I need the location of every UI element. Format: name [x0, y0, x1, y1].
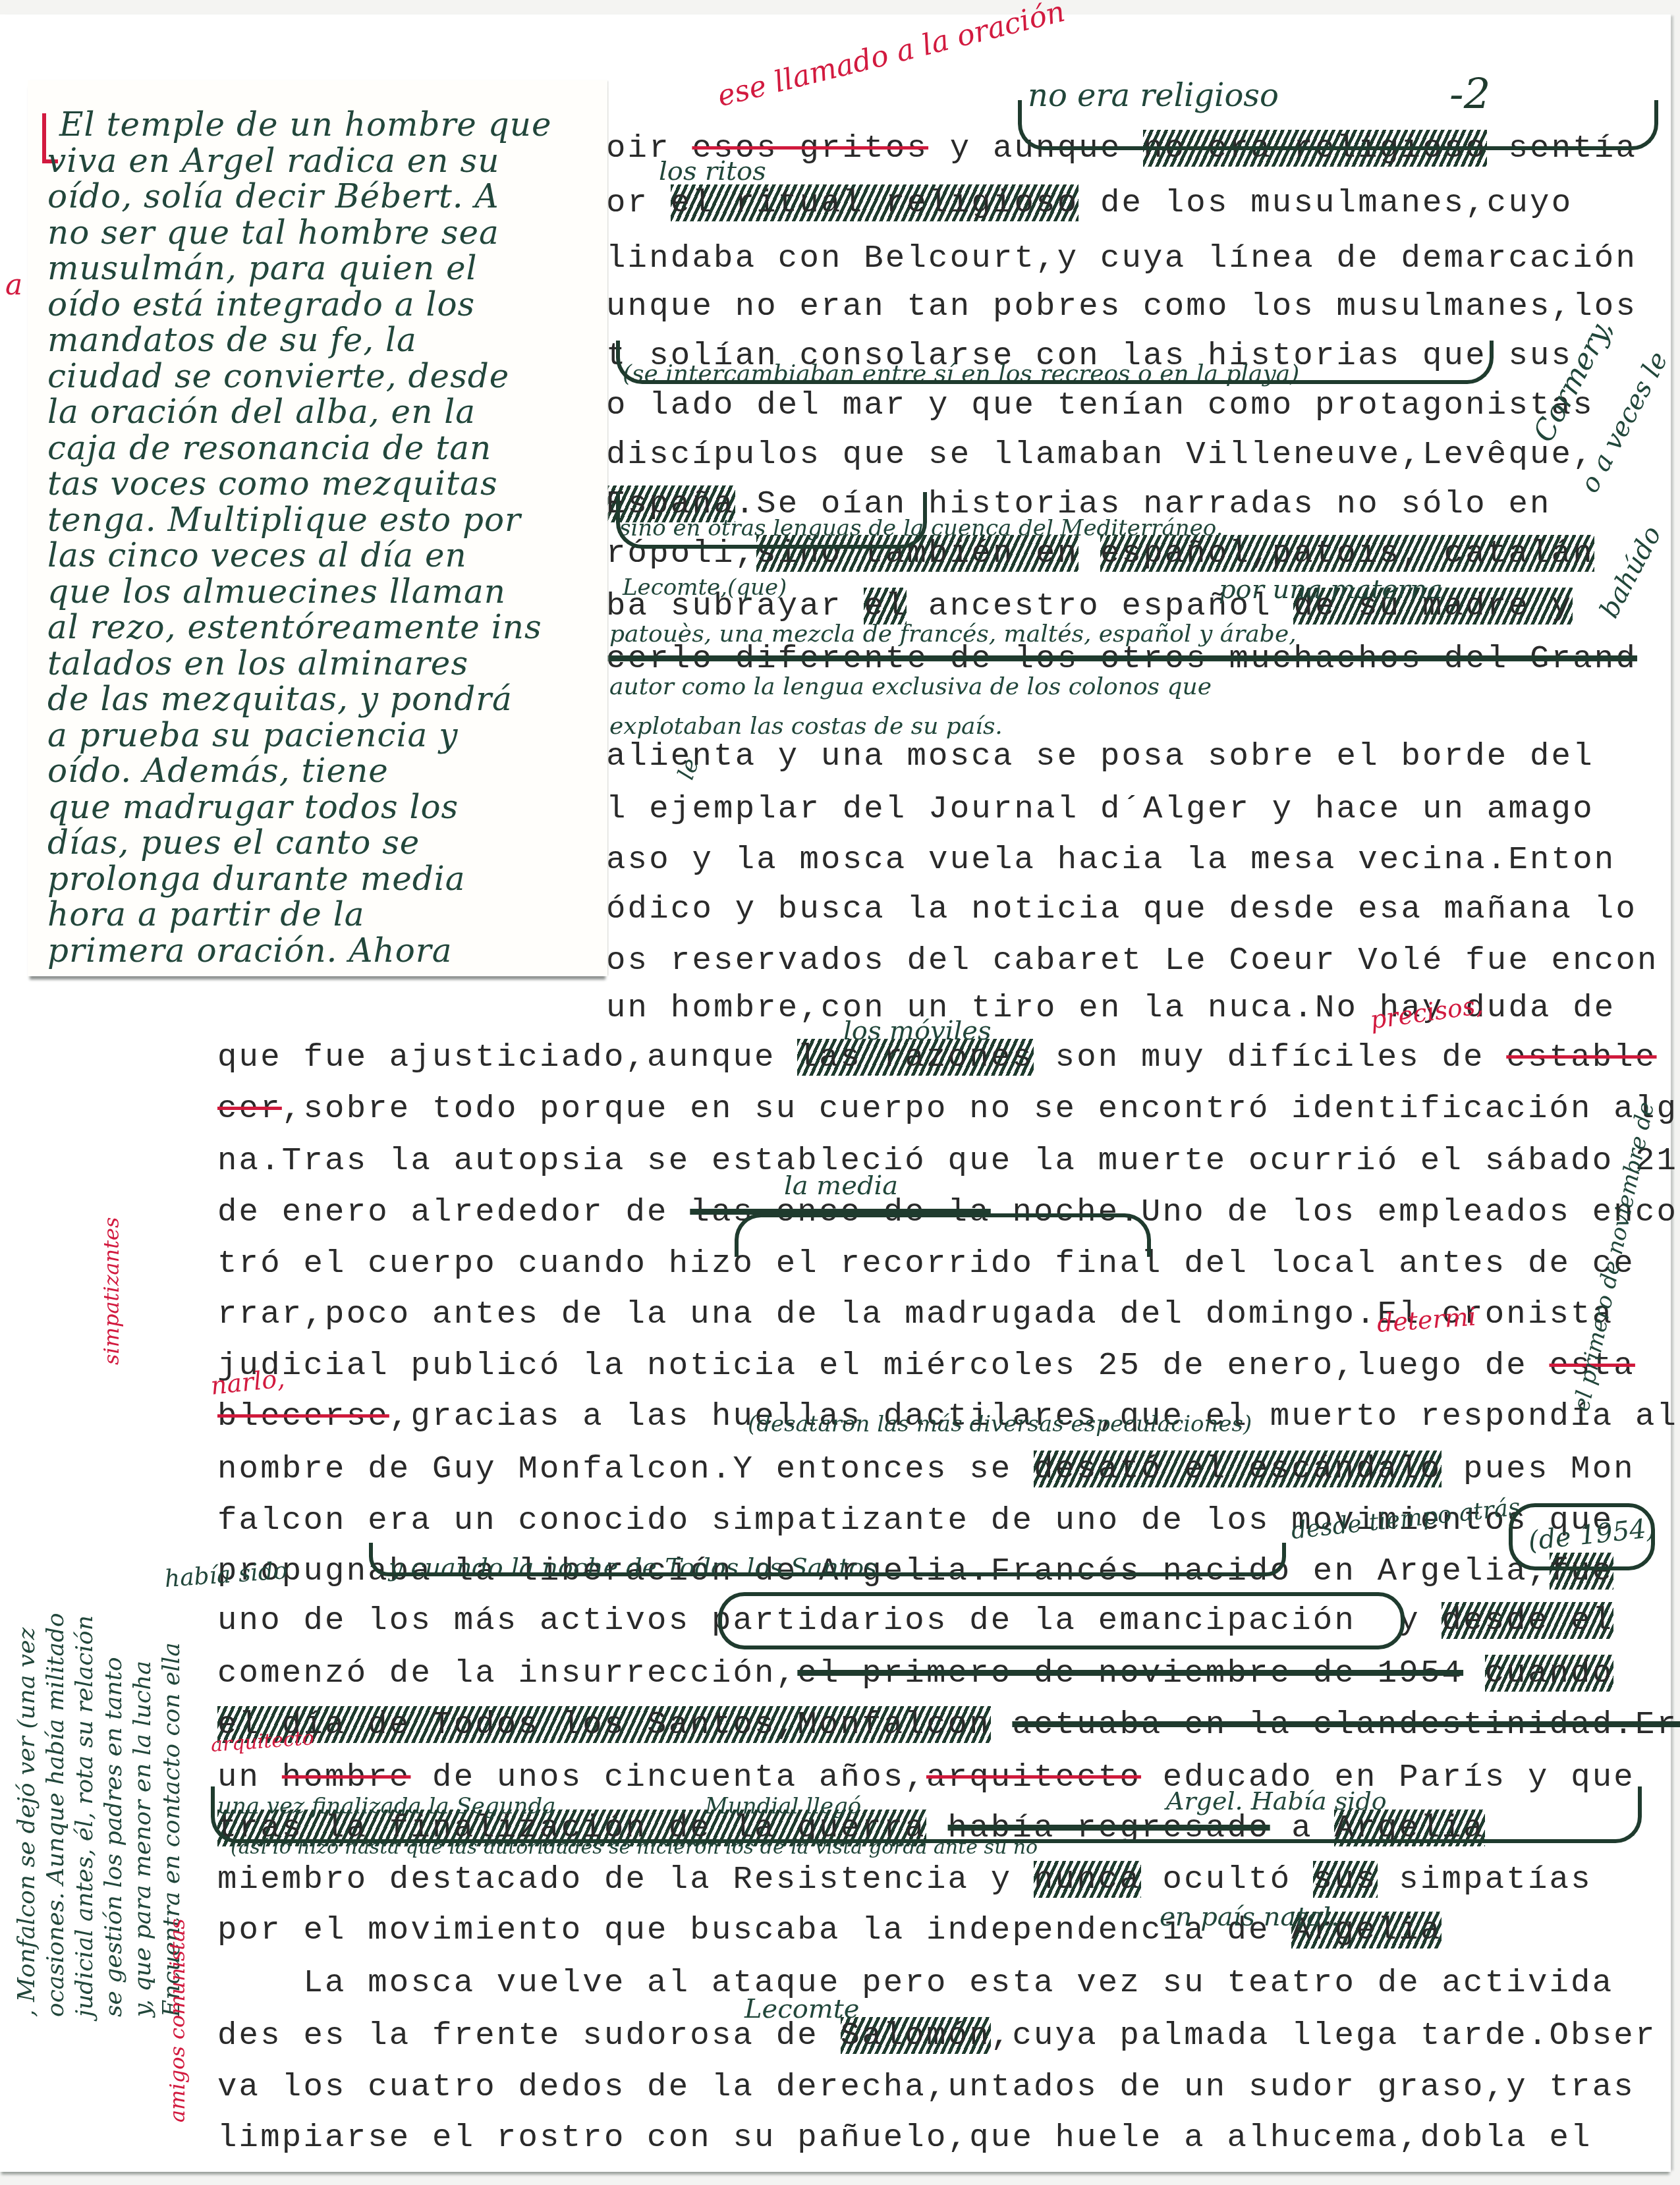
note-line: las cinco veces al día en [47, 536, 467, 574]
note-line: no ser que tal hombre sea [47, 213, 499, 252]
deleted-text: desató el escándalo [1034, 1451, 1442, 1487]
deleted-text: actuaba en la clandestinidad.Era [1012, 1706, 1680, 1743]
handwritten-insertion: autor como la lengua exclusiva de los co… [609, 673, 1212, 700]
typed-text: os reservados del cabaret Le Coeur Volé … [606, 942, 1659, 979]
note-line: al rezo, estentóreamente ins [47, 608, 542, 646]
typed-line: l ejemplar del Journal d´Alger y hace un… [606, 790, 1594, 827]
pasted-handwritten-note: El temple de un hombre queviva en Argel … [28, 80, 607, 976]
typed-text: ocultó [1141, 1861, 1313, 1898]
handwritten-insertion: los móviles [843, 1016, 992, 1046]
insertion-loop [211, 1786, 1642, 1843]
margin-note-line: ocasiones. Aunque había militado [42, 1613, 69, 2017]
typed-line: os reservados del cabaret Le Coeur Volé … [606, 942, 1659, 979]
margin-note-line: y, que para menor en la lucha [129, 1661, 156, 2017]
note-line: viva en Argel radica en su [47, 142, 499, 180]
typed-text: son muy difíciles de [1034, 1039, 1506, 1076]
note-line: de las mezquitas, y pondrá [47, 680, 513, 718]
typed-line: na.Tras la autopsia se estableció que la… [217, 1142, 1678, 1179]
handwritten-insertion: la media [784, 1171, 898, 1201]
typed-text: l ejemplar del Journal d´Alger y hace un… [606, 790, 1594, 827]
margin-note-line: se gestión los padres en tanto [100, 1657, 127, 2017]
typed-line: or el ritual religioso de los musulmanes… [606, 184, 1573, 221]
typed-text: nombre de Guy Monfalcon.Y entonces se [217, 1451, 1034, 1487]
typed-text: por el movimiento que buscaba la indepen… [217, 1912, 1291, 1949]
typed-text: de los musulmanes,cuyo [1078, 184, 1573, 221]
deleted-text: estable [1506, 1039, 1656, 1076]
note-line: que madrugar todos los [47, 788, 459, 826]
insertion-loop [616, 492, 927, 549]
typed-text: discípulos que se llamaban Villeneuve,Le… [606, 436, 1594, 473]
margin-note-line: , Monfalcon se dejó ver (una vez [13, 1628, 40, 2017]
note-line: a prueba su paciencia y [47, 716, 458, 754]
typed-text: La mosca vuelve al ataque pero esta vez … [217, 1964, 1613, 2001]
insertion-loop [1509, 1503, 1655, 1570]
typed-line: el día de Todos los Santos,Monfalcon act… [217, 1706, 1680, 1743]
typed-line: aso y la mosca vuela hacia la mesa vecin… [606, 841, 1615, 878]
typed-text: ódico y busca la noticia que desde esa m… [606, 891, 1637, 927]
deleted-text: nunca [1034, 1861, 1141, 1898]
typed-text: o lado del mar y que tenían como protago… [606, 387, 1594, 424]
typed-line: nombre de Guy Monfalcon.Y entonces se de… [217, 1451, 1635, 1487]
handwritten-insertion: Lecomte [744, 1994, 859, 2024]
typed-line: ódico y busca la noticia que desde esa m… [606, 891, 1637, 927]
typed-text [1463, 1655, 1485, 1692]
deleted-text: cuando [1485, 1655, 1614, 1692]
deleted-text: Salomón [841, 2017, 991, 2054]
handwritten-insertion: Lecomte,(que) [623, 574, 787, 601]
typed-text: na.Tras la autopsia se estableció que la… [217, 1142, 1678, 1179]
typed-text: ,cuya palmada llega tarde.Obser [991, 2017, 1657, 2054]
typed-text: miembro destacado de la Resistencia y [217, 1861, 1034, 1898]
note-line: prolonga durante media [47, 860, 466, 898]
typed-text: alienta y una mosca se posa sobre el bor… [606, 738, 1594, 775]
margin-note-red: simpatizantes [99, 1217, 124, 1365]
typed-line: La mosca vuelve al ataque pero esta vez … [217, 1964, 1613, 2001]
typed-text: va los cuatro dedos de la derecha,untado… [217, 2068, 1635, 2105]
typed-line: des es la frente sudorosa de Salomón,cuy… [217, 2017, 1657, 2054]
note-line: talados en los alminares [47, 644, 468, 682]
typed-line: o lado del mar y que tenían como protago… [606, 387, 1594, 424]
typed-line: discípulos que se llamaban Villeneuve,Le… [606, 436, 1594, 473]
deleted-text: sus [1313, 1861, 1378, 1898]
insertion-loop [369, 1543, 1286, 1576]
note-line: oído. Además, tiene [47, 752, 389, 790]
typed-line: va los cuatro dedos de la derecha,untado… [217, 2068, 1635, 2105]
typed-text: simpatías [1378, 1861, 1592, 1898]
deleted-text: el ritual religioso [671, 184, 1079, 221]
typed-text: lindaba con Belcourt,y cuya línea de dem… [606, 240, 1637, 277]
note-line: mandatos de su fe, la [47, 321, 417, 359]
typed-text [991, 1706, 1013, 1743]
typed-text: judicial publicó la noticia el miércoles… [217, 1347, 1550, 1384]
typed-line: miembro destacado de la Resistencia y nu… [217, 1861, 1592, 1898]
typed-text: que fue ajusticiado,aunque [217, 1039, 797, 1076]
handwritten-insertion: (desataron las más diversas especulacion… [748, 1411, 1252, 1437]
deleted-text: el primero de noviembre de 1954 [797, 1655, 1463, 1692]
insertion-loop [718, 1592, 1405, 1649]
typed-text: pues Mon [1442, 1451, 1635, 1487]
manuscript-page: -2 oir esos gritos y aunque no era relig… [0, 14, 1671, 2172]
note-line: tas voces como mezquitas [47, 464, 498, 503]
note-line: tenga. Multiplique esto por [47, 501, 521, 539]
typed-text: or [606, 184, 671, 221]
deleted-text: desde el [1442, 1602, 1613, 1639]
note-line: El temple de un hombre que [59, 105, 552, 144]
note-line: musulmán, para quien el [47, 249, 478, 287]
typed-line: limpiarse el rostro con su pañuelo,que h… [217, 2119, 1592, 2156]
typed-text: unque no eran tan pobres como los musulm… [606, 288, 1637, 325]
typed-line: lindaba con Belcourt,y cuya línea de dem… [606, 240, 1637, 277]
note-line: primera oración. Ahora [47, 931, 453, 970]
handwritten-insertion: los ritos [659, 156, 766, 186]
typed-text: de enero alrededor de [217, 1194, 690, 1231]
note-line: la oración del alba, en la [47, 393, 476, 431]
note-line: oído está integrado a los [47, 285, 475, 323]
typed-line: comenzó de la insurrección,el primero de… [217, 1655, 1613, 1692]
deleted-text: blecerse [217, 1398, 389, 1435]
note-line: hora a partir de la [47, 895, 365, 933]
typed-line: alienta y una mosca se posa sobre el bor… [606, 738, 1594, 775]
note-line: ciudad se convierte, desde [47, 357, 509, 395]
deleted-text: el día de Todos los Santos,Monfalcon [217, 1706, 991, 1743]
handwritten-insertion: en país natal. [1160, 1902, 1339, 1932]
note-margin-mark: a [5, 268, 22, 302]
deleted-text: el [864, 588, 907, 624]
margin-note-line: judicial antes, él, rota su relación [71, 1615, 98, 2017]
typed-line: cer,sobre todo porque en su cuerpo no se… [217, 1090, 1680, 1127]
typed-text: limpiarse el rostro con su pañuelo,que h… [217, 2119, 1592, 2156]
note-line: caja de resonancia de tan [47, 429, 491, 467]
typed-text: comenzó de la insurrección, [217, 1655, 797, 1692]
typed-line: unque no eran tan pobres como los musulm… [606, 288, 1637, 325]
handwritten-insertion: explotaban las costas de su país. [609, 713, 1003, 740]
insertion-loop [1018, 100, 1658, 150]
typed-line: judicial publicó la noticia el miércoles… [217, 1347, 1635, 1384]
note-line: que los almuecines llaman [47, 572, 506, 611]
handwritten-insertion: por una materna [1219, 574, 1443, 605]
note-line: oído, solía decir Bébert. A [47, 177, 499, 215]
typed-text: aso y la mosca vuela hacia la mesa vecin… [606, 841, 1615, 878]
insertion-loop [616, 341, 1494, 384]
handwritten-insertion: patouès, una mezcla de francés, maltés, … [609, 621, 1297, 648]
margin-note-red: amigos comunistas [165, 1918, 190, 2122]
deleted-text: cer [217, 1090, 282, 1127]
insertion-loop [735, 1213, 1151, 1257]
note-line: días, pues el canto se [47, 823, 420, 862]
typed-text: ,sobre todo porque en su cuerpo no se en… [282, 1090, 1680, 1127]
